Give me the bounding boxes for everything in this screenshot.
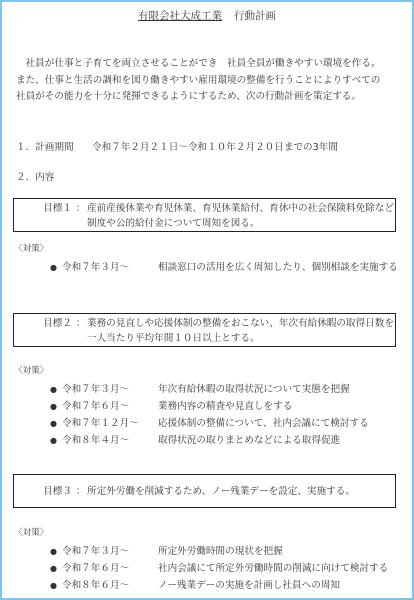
bullet-icon: ● bbox=[50, 579, 57, 592]
measure-text: 取得状況の取りまとめなどによる取得促進 bbox=[158, 434, 340, 447]
measure-date: 令和７年１２月～ bbox=[62, 417, 139, 430]
company-name: 有限会社大成工業 bbox=[138, 10, 222, 22]
goal-text: 産前産後休業や育児休業、育児休業給付、育休中の社会保険料免除など bbox=[87, 201, 394, 216]
content-heading: ２．内容 bbox=[16, 171, 54, 184]
measure-date: 令和７年６月～ bbox=[62, 562, 129, 575]
goal-label: 目標１ bbox=[14, 201, 74, 216]
measure-date: 令和８年４月～ bbox=[62, 434, 129, 447]
goal-text: 所定外労働を削減するため、ノー残業デーを設定、実施する。 bbox=[87, 484, 355, 499]
plan-period-label: １．計画期間 bbox=[16, 142, 74, 153]
bullet-icon: ● bbox=[50, 400, 57, 413]
bullet-icon: ● bbox=[50, 562, 57, 575]
measure-text: 所定外労働時間の現状を把握 bbox=[158, 545, 283, 558]
intro-line: 社員がその能力を十分に発揮できるようにするため、次の行動計画を策定する。 bbox=[16, 89, 381, 106]
plan-period-value: 令和７年２月２１日～令和１０年２月２０日までの3年間 bbox=[92, 141, 338, 154]
title-suffix: 行動計画 bbox=[234, 10, 276, 22]
goal-colon: ： bbox=[74, 201, 87, 216]
measure-date: 令和７年３月～ bbox=[62, 261, 129, 274]
measure-text: 年次有給休暇の取得状況について実態を把握 bbox=[158, 383, 350, 396]
bullet-icon: ● bbox=[50, 434, 57, 447]
goal-text: 制度や公的給付金について周知を図る。 bbox=[14, 216, 395, 231]
goal-box-2: 目標２ ： 業務の見直しや応援体制の整備をおこない、年次有給休暇の取得日数を 一… bbox=[13, 313, 396, 347]
measures-heading: 〈対策〉 bbox=[14, 527, 48, 540]
goal-colon: ： bbox=[74, 484, 87, 499]
goal-label: 目標３ bbox=[14, 484, 74, 499]
measure-text: 相談窓口の活用を広く周知したり、個別相談を実施する bbox=[158, 261, 398, 274]
goal-box-1: 目標１ ： 産前産後休業や育児休業、育児休業給付、育休中の社会保険料免除など 制… bbox=[13, 198, 396, 232]
bullet-icon: ● bbox=[50, 383, 57, 396]
bullet-icon: ● bbox=[50, 417, 57, 430]
measure-date: 令和８年６月～ bbox=[62, 579, 129, 592]
goal-label: 目標２ bbox=[14, 316, 74, 331]
measure-text: 社内会議にて所定外労働時間の削減に向けて検討する bbox=[158, 562, 388, 575]
measures-heading: 〈対策〉 bbox=[14, 365, 48, 378]
goal-text: 業務の見直しや応援体制の整備をおこない、年次有給休暇の取得日数を bbox=[87, 316, 394, 331]
intro-line: 社員が仕事と子育てを両立させることができ 社員全員が働きやすい環境を作る。 bbox=[16, 56, 381, 73]
plan-period: １．計画期間 令和７年２月２１日～令和１０年２月２０日までの3年間 bbox=[16, 141, 74, 154]
intro-paragraph: 社員が仕事と子育てを両立させることができ 社員全員が働きやすい環境を作る。 また… bbox=[16, 56, 381, 106]
measure-text: 業務内容の精査や見直しをする bbox=[158, 400, 292, 413]
document-title: 有限会社大成工業行動計画 bbox=[0, 10, 414, 23]
goal-text: 一人当たり平均年間１０日以上とする。 bbox=[14, 331, 395, 346]
measure-text: ノー残業デーの実施を計画し社員への周知 bbox=[158, 579, 340, 592]
intro-line: また、仕事と生活の調和を図り働きやすい雇用環境の整備を行うことによりすべての bbox=[16, 73, 381, 90]
measure-text: 応援体制の整備について、社内会議にて検討する bbox=[158, 417, 369, 430]
measure-date: 令和７年３月～ bbox=[62, 383, 129, 396]
goal-box-3: 目標３ ： 所定外労働を削減するため、ノー残業デーを設定、実施する。 bbox=[13, 474, 396, 508]
measure-date: 令和７年３月～ bbox=[62, 545, 129, 558]
measure-date: 令和７年６月～ bbox=[62, 400, 129, 413]
bullet-icon: ● bbox=[50, 261, 57, 274]
measures-heading: 〈対策〉 bbox=[14, 243, 48, 256]
bullet-icon: ● bbox=[50, 545, 57, 558]
goal-colon: ： bbox=[74, 316, 87, 331]
